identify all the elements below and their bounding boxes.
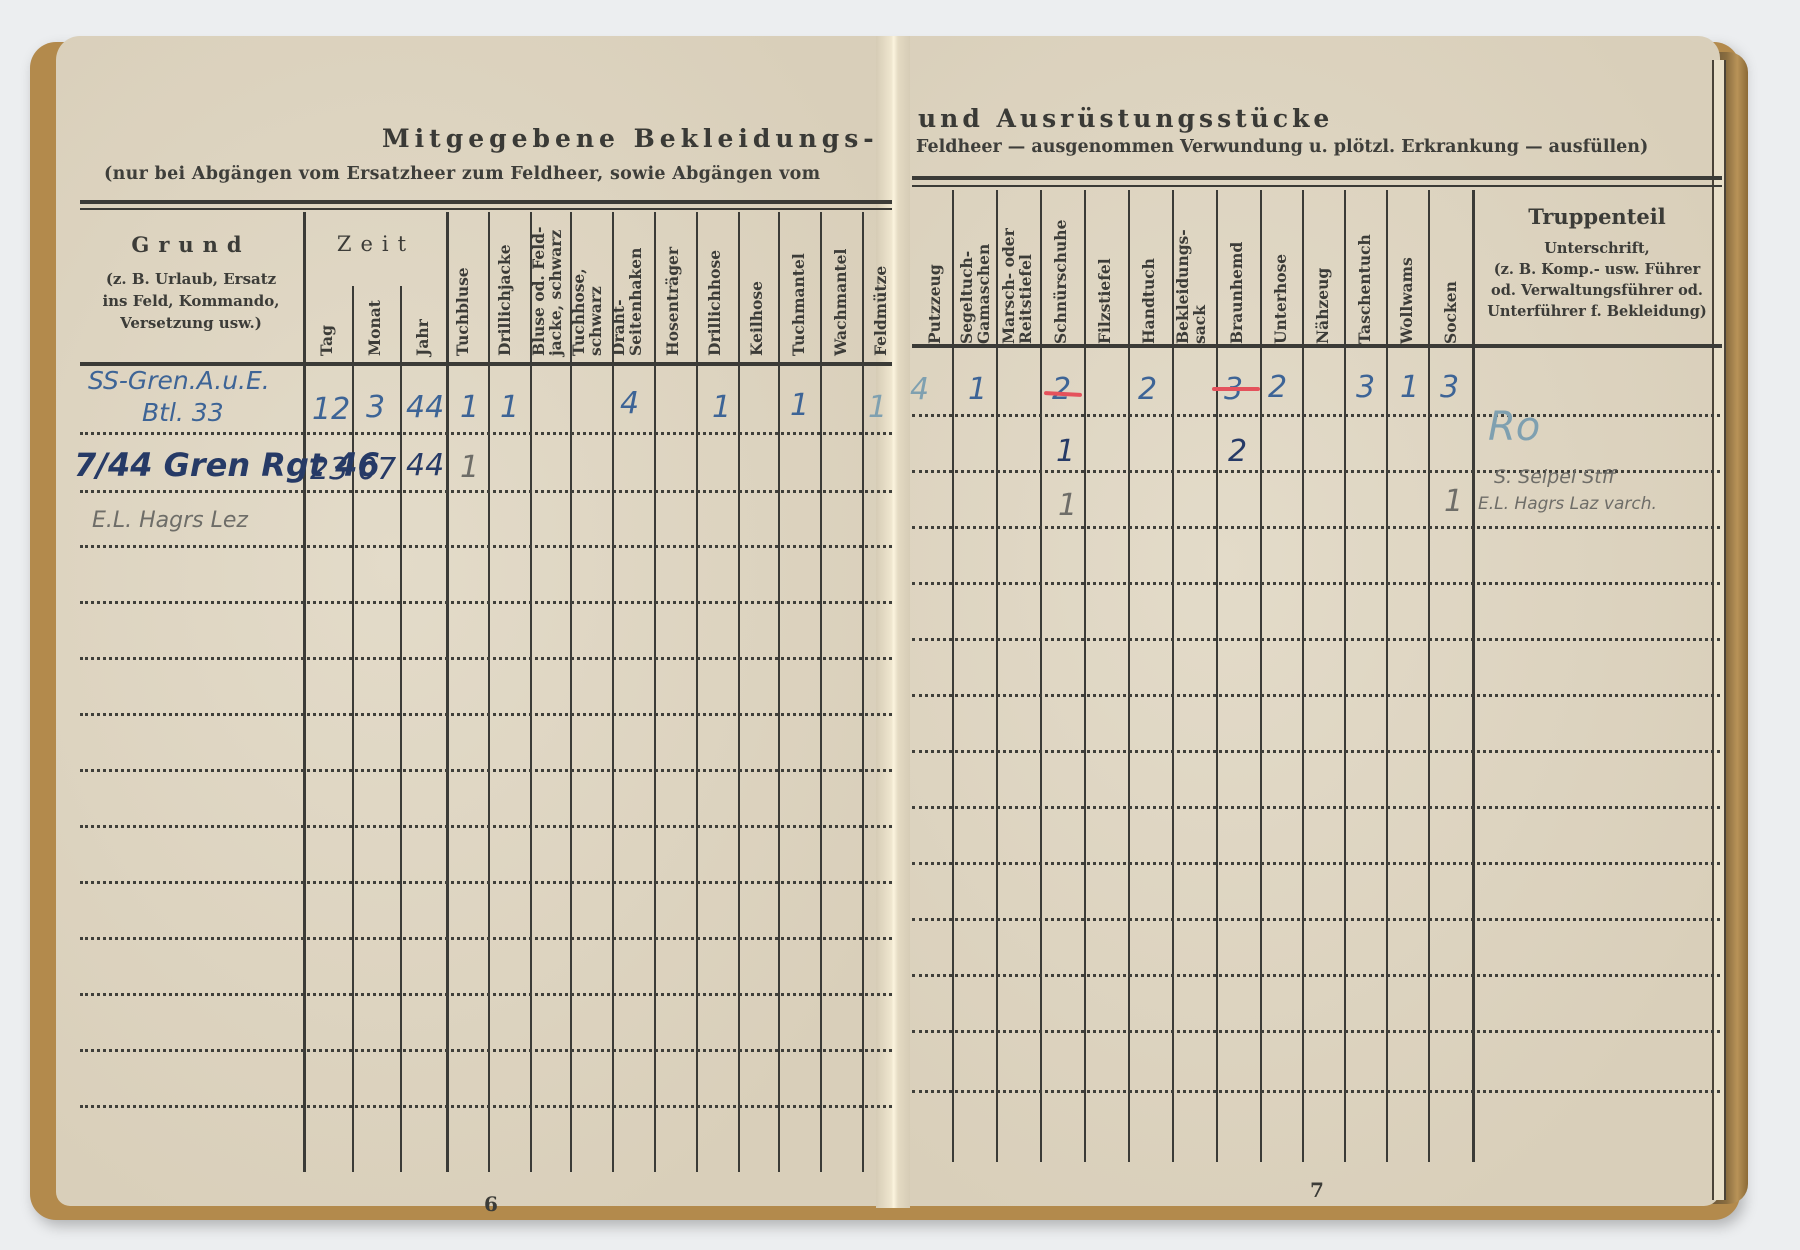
col-bluse-feldjacke: Bluse od. Feld- jacke, schwarz <box>530 214 564 356</box>
col-divider <box>778 212 780 1172</box>
header-rule-top-left-thin <box>80 208 892 210</box>
col-bekleidungssack: Bekleidungs- sack <box>1174 220 1208 344</box>
col-hosentraeger: Hosenträger <box>664 246 681 356</box>
entry-3-grund: E.L. Hagrs Lez <box>92 508 248 533</box>
col-divider <box>1428 190 1430 1162</box>
row-line <box>912 974 1720 977</box>
col-divider <box>696 212 698 1172</box>
row-line <box>80 601 892 604</box>
row-line <box>912 694 1720 697</box>
entry-1-tuchmantel: 1 <box>790 388 809 423</box>
col-draht-seitenhaken: Draht- Seitenhaken <box>610 248 644 356</box>
entry-1-segeltuch-gamaschen: 1 <box>968 372 987 407</box>
col-divider <box>1084 190 1086 1162</box>
col-divider-grund <box>303 212 306 1172</box>
row-line <box>80 490 892 493</box>
row-line <box>912 638 1720 641</box>
header-rule-top-right-thin <box>912 185 1722 187</box>
entry-1-tuchbluse: 1 <box>460 390 479 425</box>
entry-1-socken: 3 <box>1440 370 1459 405</box>
row-line <box>80 432 892 435</box>
entry-2-braunhemd: 2 <box>1228 434 1247 469</box>
col-divider <box>1260 190 1262 1162</box>
row-line <box>80 713 892 716</box>
col-tag: Tag <box>318 300 335 356</box>
col-divider <box>1216 190 1218 1162</box>
col-handtuch: Handtuch <box>1140 250 1157 344</box>
col-wachmantel: Wachmantel <box>832 240 849 356</box>
grund-sub-line: ins Feld, Kommando, <box>80 290 302 312</box>
col-marsch-reitstiefel: Marsch- oder Reitstiefel <box>1000 194 1034 344</box>
row-line <box>80 545 892 548</box>
row-line <box>912 918 1720 921</box>
col-divider <box>488 212 490 1172</box>
left-page-title: Mitgegebene Bekleidungs- <box>382 124 879 153</box>
col-wollwams: Wollwams <box>1398 236 1415 344</box>
col-naehzeug: Nähzeug <box>1314 262 1331 344</box>
zeit-divider <box>400 286 402 362</box>
col-divider <box>654 212 656 1172</box>
row-line <box>912 750 1720 753</box>
entry-2-jahr: 44 <box>406 448 444 483</box>
entry-1-tag: 12 <box>312 392 350 427</box>
truppenteil-sub-line: od. Verwaltungsführer od. <box>1474 280 1720 301</box>
truppenteil-header-subtitle: Unterschrift, (z. B. Komp.- usw. Führer … <box>1474 238 1720 322</box>
col-monat: Monat <box>366 296 383 356</box>
col-drillichjacke: Drillichjacke <box>496 216 513 356</box>
col-divider <box>1302 190 1304 1162</box>
col-schnuerschuhe: Schnürschuhe <box>1052 212 1069 344</box>
page-gutter <box>876 36 910 1208</box>
row-line <box>912 862 1720 865</box>
col-jahr: Jahr <box>414 310 431 356</box>
truppenteil-header-title: Truppenteil <box>1474 204 1720 229</box>
col-divider-truppenteil <box>1472 190 1475 1162</box>
left-page-subtitle: (nur bei Abgängen vom Ersatzheer zum Fel… <box>104 164 820 184</box>
entry-1-wollwams: 1 <box>1400 370 1419 405</box>
entry-1-jahr: 44 <box>406 390 444 425</box>
grund-header-subtitle: (z. B. Urlaub, Ersatz ins Feld, Kommando… <box>80 268 302 334</box>
row-line <box>912 414 1720 417</box>
entry-1-grund-line-1: SS-Gren.A.u.E. <box>88 366 270 395</box>
header-rule-top-left <box>80 200 892 204</box>
entry-2-truppenteil: Ro <box>1488 404 1540 450</box>
header-rule-top-right <box>912 176 1722 180</box>
truppenteil-sub-line: Unterschrift, <box>1474 238 1720 259</box>
col-divider <box>820 212 822 1172</box>
entry-1-schnuerschuhe: 2 <box>1052 372 1071 407</box>
row-line <box>80 881 892 884</box>
entry-1-grund-line-2: Btl. 33 <box>142 398 224 427</box>
zeit-header-title: Zeit <box>304 232 448 256</box>
col-tuchmantel: Tuchmantel <box>790 250 807 356</box>
col-divider <box>862 212 864 1172</box>
strikethrough-mark <box>1212 387 1260 391</box>
col-divider-zeit <box>446 212 449 1172</box>
col-unterhose: Unterhose <box>1272 240 1289 344</box>
page-stack-edge <box>1712 60 1726 1200</box>
right-page-title: und Ausrüstungsstücke <box>918 104 1333 133</box>
entry-3-socken: 1 <box>1444 484 1463 519</box>
truppenteil-sub-line: (z. B. Komp.- usw. Führer <box>1474 259 1720 280</box>
col-divider <box>1386 190 1388 1162</box>
entry-3-schnuerschuhe: 1 <box>1058 488 1077 523</box>
col-divider <box>1128 190 1130 1162</box>
row-line <box>912 806 1720 809</box>
grund-header-title: Grund <box>80 232 302 257</box>
row-line <box>80 825 892 828</box>
entry-2-tag: 23 <box>310 452 348 487</box>
entry-1-unterhose: 2 <box>1268 370 1287 405</box>
col-tuchhose: Tuchhose, schwarz <box>570 252 604 356</box>
col-divider <box>738 212 740 1172</box>
zeit-divider <box>352 286 354 362</box>
col-divider <box>1172 190 1174 1162</box>
right-page-subtitle: Feldheer — ausgenommen Verwundung u. plö… <box>916 137 1648 157</box>
grund-sub-line: (z. B. Urlaub, Ersatz <box>80 268 302 290</box>
entry-2-schnuerschuhe: 1 <box>1056 434 1075 469</box>
col-tuchbluse: Tuchbluse <box>454 250 471 356</box>
entry-1-drillichhose: 1 <box>712 390 731 425</box>
entry-1-taschentuch: 3 <box>1356 370 1375 405</box>
col-divider <box>1040 190 1042 1162</box>
col-divider <box>612 212 614 1172</box>
col-feldmuetze: Feldmütze <box>872 262 889 356</box>
row-line <box>80 993 892 996</box>
page-number-left: 6 <box>484 1192 498 1216</box>
entry-1-monat: 3 <box>366 390 385 425</box>
col-divider <box>996 190 998 1162</box>
row-line <box>80 1049 892 1052</box>
col-divider <box>952 190 954 1162</box>
entry-1-feldmuetze: 1 <box>868 390 887 425</box>
col-drillichhose: Drillichhose <box>706 246 723 356</box>
row-line <box>912 526 1720 529</box>
row-line <box>80 769 892 772</box>
row-line <box>80 657 892 660</box>
grund-sub-line: Versetzung usw.) <box>80 312 302 334</box>
page-number-right: 7 <box>1310 1178 1324 1202</box>
col-braunhemd: Braunhemd <box>1228 232 1245 344</box>
col-filzstiefel: Filzstiefel <box>1096 254 1113 344</box>
entry-1-putzzeug: 4 <box>910 372 929 407</box>
col-socken: Socken <box>1442 268 1459 344</box>
header-rule-bottom-right <box>912 344 1722 348</box>
row-line <box>912 1030 1720 1033</box>
row-line <box>80 1105 892 1108</box>
col-keilhose: Keilhose <box>748 276 765 356</box>
entry-1-drillichjacke: 1 <box>500 390 519 425</box>
row-line <box>912 1090 1720 1093</box>
entry-1-draht-seitenhaken: 4 <box>620 386 639 421</box>
row-line <box>912 582 1720 585</box>
col-divider <box>570 212 572 1172</box>
entry-3-truppenteil-line-2: E.L. Hagrs Laz varch. <box>1478 494 1657 514</box>
entry-2-monat: 07 <box>358 452 396 487</box>
truppenteil-sub-line: Unterführer f. Bekleidung) <box>1474 301 1720 322</box>
col-divider <box>1344 190 1346 1162</box>
left-page <box>56 36 894 1206</box>
col-taschentuch: Taschentuch <box>1356 226 1373 344</box>
col-segeltuch-gamaschen: Segeltuch- Gamaschen <box>958 222 992 344</box>
col-divider <box>530 212 532 1172</box>
row-line <box>80 937 892 940</box>
col-putzzeug: Putzzeug <box>926 254 943 344</box>
entry-3-truppenteil-line-1: S. Seipel Stff <box>1494 466 1615 488</box>
entry-2-tuchbluse: 1 <box>460 450 479 485</box>
entry-1-handtuch: 2 <box>1138 372 1157 407</box>
